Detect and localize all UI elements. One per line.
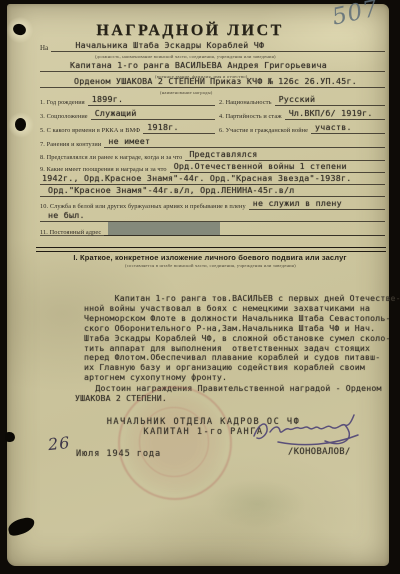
field-6-label: 6. Участие в гражданской войне: [219, 127, 311, 134]
na-label: На: [40, 44, 51, 52]
award-value: Орденом УШАКОВА 2 СТЕПЕНИ: [74, 76, 205, 86]
recipient-position-value: Начальника Штаба Эскадры Кораблей ЧФ: [51, 40, 385, 52]
handwritten-day: 26: [47, 433, 71, 454]
document-title: НАГРАДНОЙ ЛИСТ: [75, 22, 305, 40]
form-row-3-4: 3. Соцположение Служащий 4. Партийность …: [40, 109, 385, 120]
field-2-label: 2. Национальность: [219, 99, 275, 106]
section-divider-rule: [36, 247, 386, 252]
field-8-value: Представлялся: [185, 149, 385, 161]
citation-paragraph: Капитан 1-го ранга тов.ВАСИЛЬЕВ с первых…: [84, 294, 400, 383]
field-5-label: 5. С какого времени в РККА и ВМФ: [40, 127, 143, 134]
form-row-8: 8. Представлялся ли ранее к награде, ког…: [40, 150, 385, 161]
field-9-label: 9. Какие имеет поощрения и награды и за …: [40, 166, 170, 173]
award-row: Орденом УШАКОВА 2 СТЕПЕНИ Приказ КЧФ № 1…: [40, 77, 385, 88]
handwritten-signature: [248, 412, 370, 450]
form-row-1-2: 1. Год рождения 1899г. 2. Национальность…: [40, 95, 385, 106]
field-10-value: не служил в плену: [249, 198, 385, 210]
field-3-label: 3. Соцположение: [40, 113, 91, 120]
award-order-value: Приказ КЧФ № 126с 26.УП.45г.: [210, 76, 357, 86]
form-row-9: 9. Какие имеет поощрения и награды и за …: [40, 162, 385, 173]
form-row-11: 11. Постоянный адрес: [40, 222, 385, 236]
field-7-label: 7. Ранения и контузии: [40, 141, 104, 148]
field-10-label: 10. Служба в белой или других буржуазных…: [40, 203, 249, 210]
conclusion-line: УШАКОВА 2 СТЕПЕНИ.: [75, 394, 382, 404]
field-5-value: 1918г.: [143, 122, 215, 134]
round-official-stamp: [118, 386, 232, 500]
form-row-10-cont: не был.: [40, 211, 385, 222]
recipient-name-row: Капитана 1-го ранга ВАСИЛЬЕВА Андрея Гри…: [40, 61, 385, 72]
field-3-value: Служащий: [91, 108, 215, 120]
typed-date: Июля 1945 года: [76, 449, 161, 459]
position-hint: (должность, наименование воинской части,…: [95, 54, 276, 59]
scanned-document-page: 507 НАГРАДНОЙ ЛИСТ На Начальника Штаба Э…: [0, 0, 400, 574]
field-9-value: Орд.Отечественной войны 1 степени: [170, 161, 385, 173]
field-7-value: не имеет: [104, 136, 385, 148]
field-10-cont: не был.: [40, 210, 385, 222]
signed-name: /КОНОВАЛОВ/: [288, 447, 351, 457]
section-heading: I. Краткое, конкретное изложение личного…: [60, 253, 360, 262]
edge-tear-mark: [5, 432, 15, 442]
field-1-value: 1899г.: [88, 94, 215, 106]
recipient-position-row: На Начальника Штаба Эскадры Кораблей ЧФ: [40, 41, 385, 52]
field-9-cont2: Орд."Красное Знамя"-44г.в/л, Орд.ЛЕНИНА-…: [40, 185, 385, 197]
field-11-value-area: [104, 222, 385, 236]
form-row-9-cont2: Орд."Красное Знамя"-44г.в/л, Орд.ЛЕНИНА-…: [40, 186, 385, 197]
citation-line: артогнем сухопутному фронту.: [84, 373, 400, 383]
field-8-label: 8. Представлялся ли ранее к награде, ког…: [40, 154, 185, 161]
form-row-5-6: 5. С какого времени в РККА и ВМФ 1918г. …: [40, 123, 385, 134]
form-row-9-cont1: 1942г., Орд.Красное Знамя"-44г. Орд."Кра…: [40, 174, 385, 185]
field-4-label: 4. Партийность и стаж: [219, 113, 285, 120]
recipient-name-value: Капитана 1-го ранга ВАСИЛЬЕВА Андрея Гри…: [40, 60, 385, 72]
punch-hole-middle: [15, 118, 26, 131]
blank-rule: [40, 235, 385, 236]
form-row-7: 7. Ранения и контузии не имеет: [40, 137, 385, 148]
conclusion-paragraph: Достоин награждения Правительственной на…: [75, 384, 382, 404]
redacted-address-box: [108, 222, 220, 235]
award-line: Орденом УШАКОВА 2 СТЕПЕНИ Приказ КЧФ № 1…: [40, 76, 385, 88]
field-2-value: Русский: [275, 94, 385, 106]
field-6-value: участв.: [311, 122, 385, 134]
field-9-cont1: 1942г., Орд.Красное Знамя"-44г. Орд."Кра…: [40, 173, 385, 185]
section-hint: (составляется в штабе воинской части, со…: [125, 263, 296, 268]
field-4-value: Чл.ВКП/б/ 1919г.: [285, 108, 385, 120]
field-1-label: 1. Год рождения: [40, 99, 88, 106]
form-row-10: 10. Служба в белой или других буржуазных…: [40, 199, 385, 210]
